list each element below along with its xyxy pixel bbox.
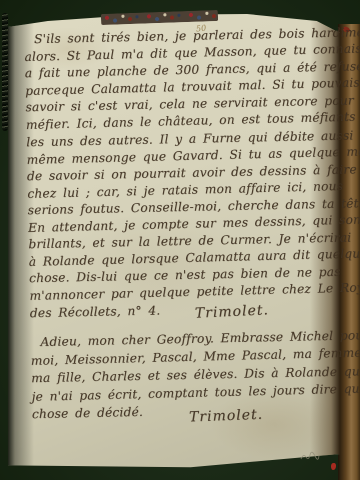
letter-paragraph-1: S'ils sont tirés bien, je parlerai des b… bbox=[24, 25, 340, 305]
letter-paragraph-2: Adieu, mon cher Geoffroy. Embrasse Miche… bbox=[30, 326, 341, 406]
pencil-mark bbox=[300, 451, 320, 462]
letter-line: des Récollets, n° 4. bbox=[30, 302, 161, 322]
signature: Trimolet. bbox=[189, 407, 264, 427]
red-edge-speck-bottom bbox=[331, 463, 336, 470]
signature: Trimolet. bbox=[194, 302, 269, 323]
binding-cord bbox=[2, 13, 8, 131]
letter-body: S'ils sont tirés bien, je parlerai des b… bbox=[24, 25, 342, 423]
letter-line: chose de décidé. bbox=[32, 404, 143, 423]
scanned-letter-page: 50 S'ils sont tirés bien, je parlerai de… bbox=[0, 0, 360, 480]
